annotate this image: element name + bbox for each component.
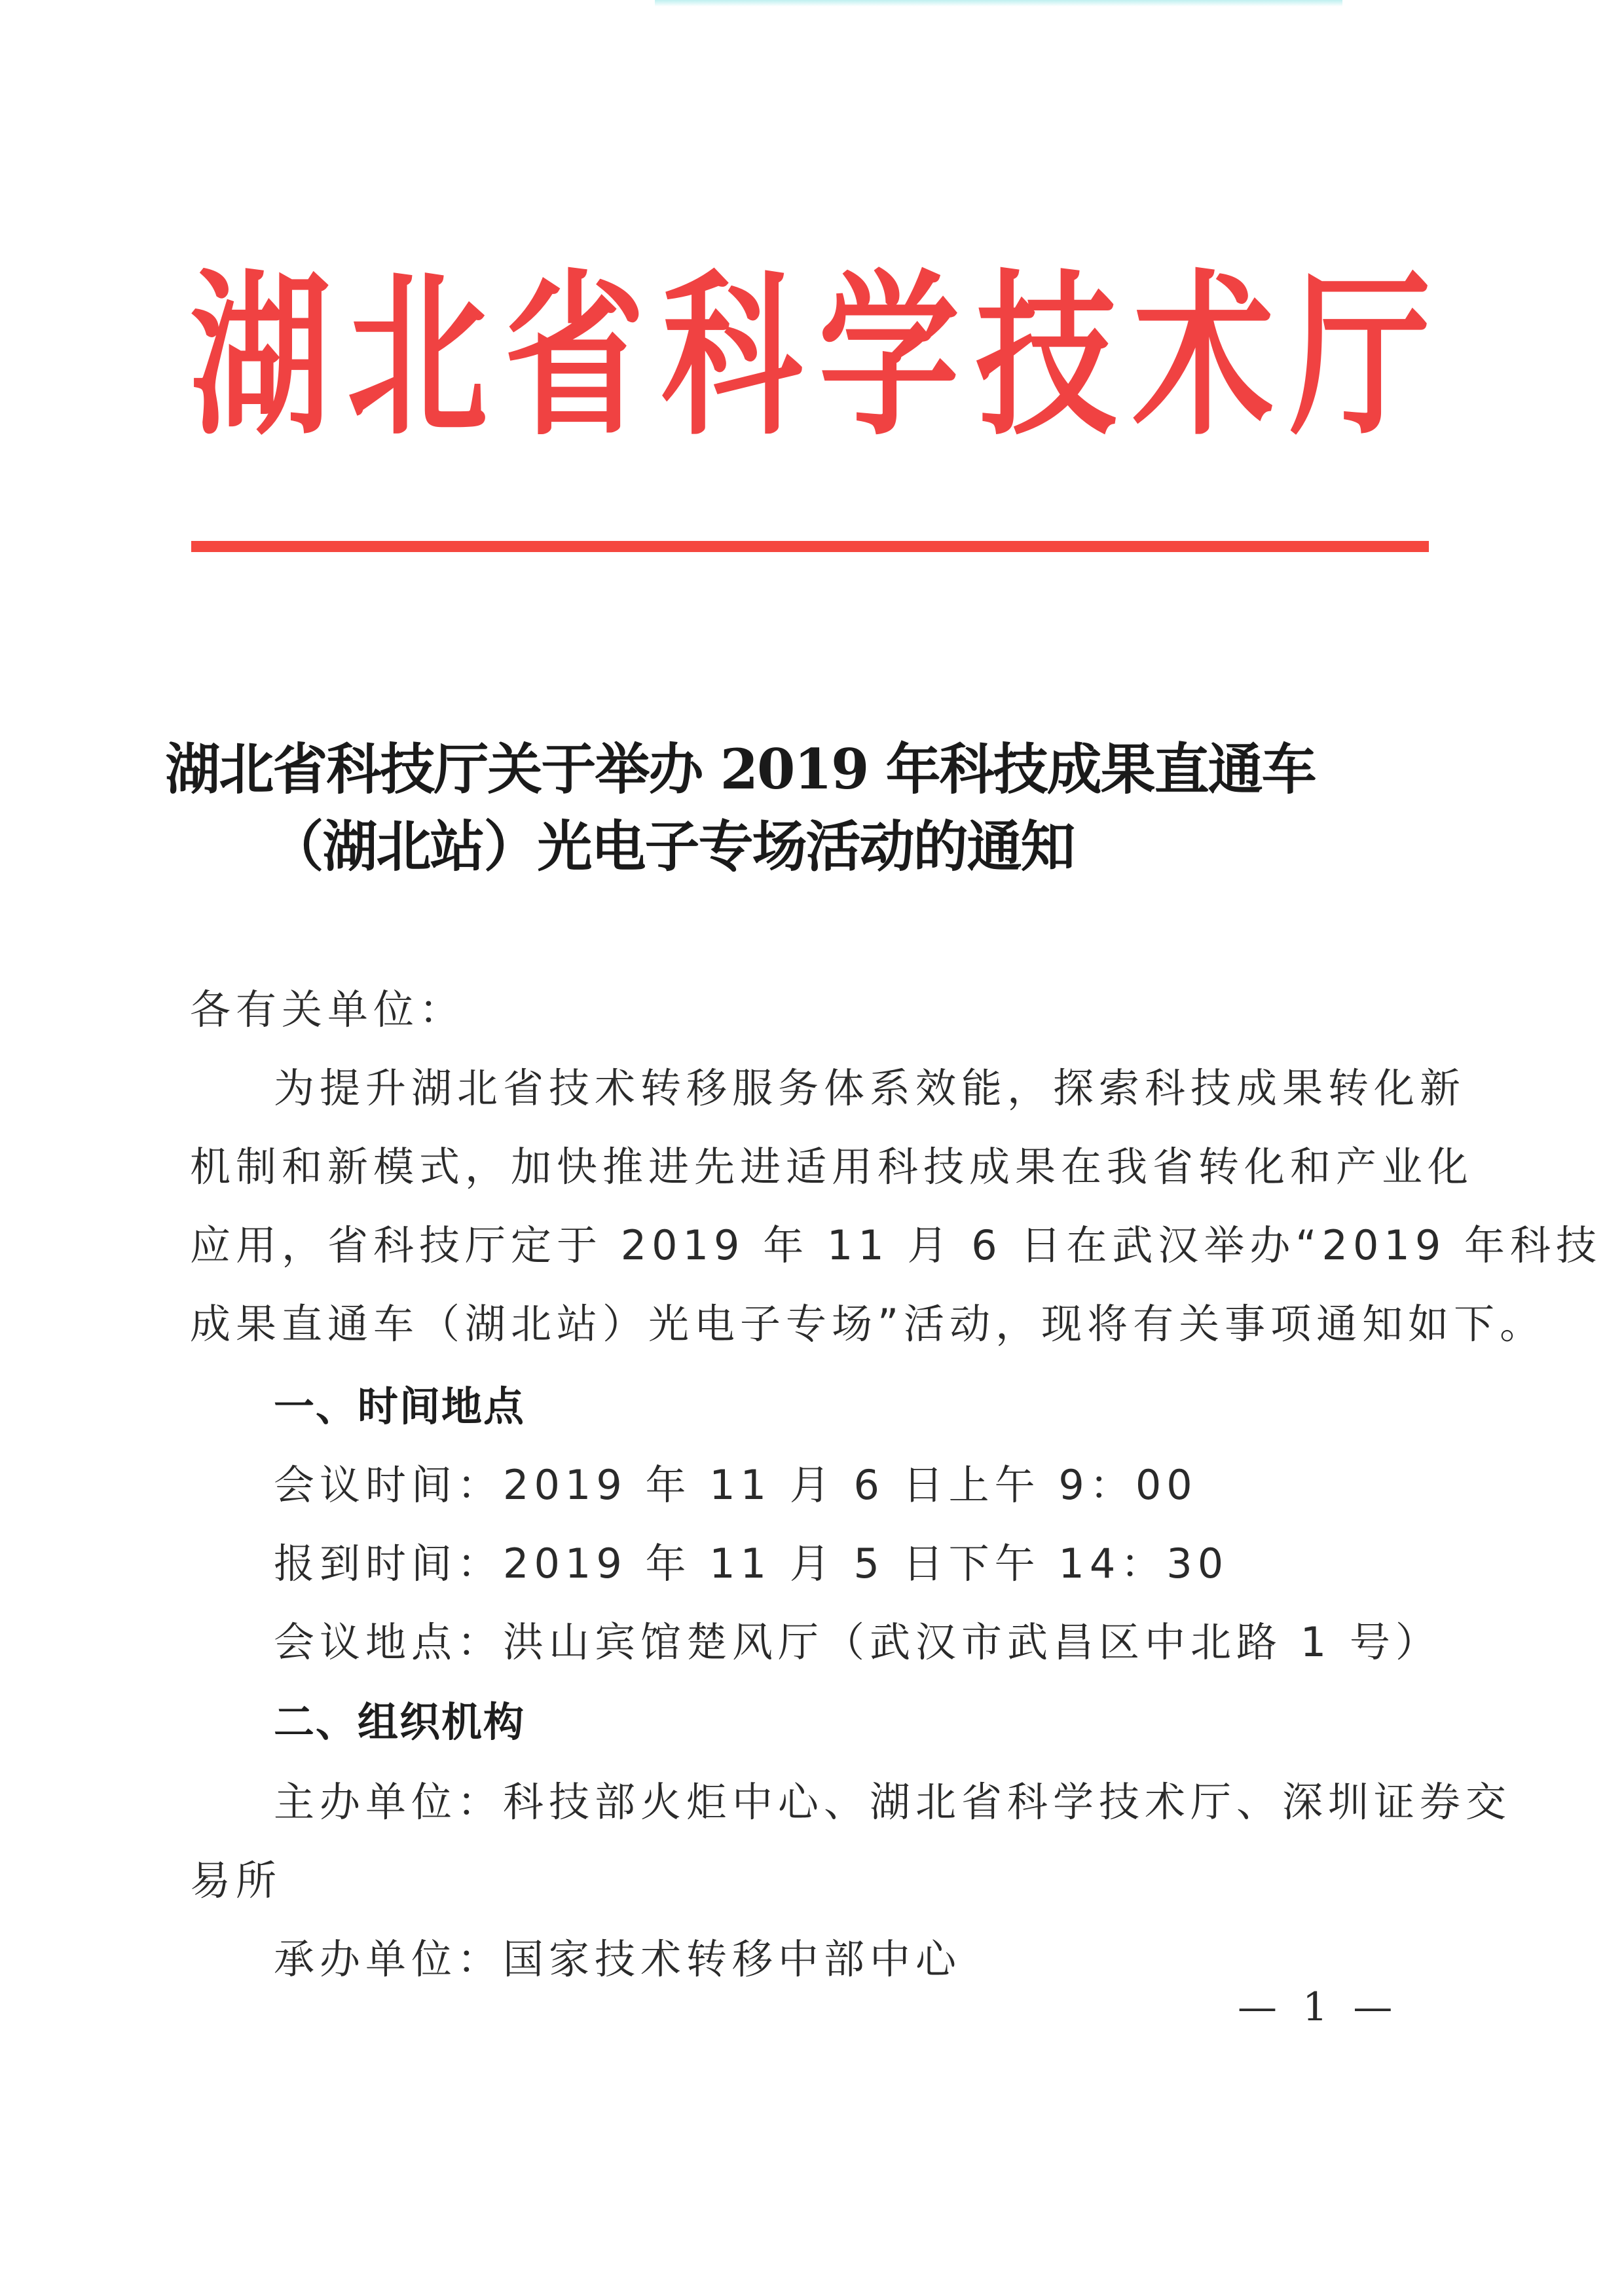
letterhead-char: 北 [347, 251, 488, 464]
letterhead-char: 省 [504, 251, 645, 464]
intro-line-4: 成果直通车（湖北站）光电子专场”活动，现将有关事项通知如下。 [190, 1301, 1545, 1348]
intro-line-2: 机制和新模式，加快推进先进适用科技成果在我省转化和产业化 [190, 1143, 1473, 1191]
document-title-line-2: （湖北站）光电子专场活动的通知 [0, 803, 1474, 882]
letterhead-char: 学 [819, 251, 959, 464]
scan-edge-tint [655, 0, 1342, 7]
salutation: 各有关单位： [190, 986, 465, 1033]
letterhead-char: 科 [661, 251, 802, 464]
section-heading-organizers: 二、组织机构 [274, 1699, 525, 1746]
organizer: 承办单位：国家技术转移中部中心 [274, 1936, 961, 1983]
meeting-location: 会议地点：洪山宾馆楚风厅（武汉市武昌区中北路 1 号） [274, 1619, 1441, 1666]
letterhead-char: 技 [976, 251, 1116, 464]
letterhead-red-rule [191, 541, 1429, 552]
page-number: — 1 — [1238, 1984, 1399, 2030]
letterhead-char: 术 [1133, 251, 1274, 464]
letterhead: 湖 北 省 科 学 技 术 厅 [190, 272, 1431, 442]
host-organizations-cont: 易所 [190, 1857, 282, 1904]
registration-time: 报到时间：2019 年 11 月 5 日下午 14：30 [274, 1540, 1228, 1587]
intro-line-3: 应用，省科技厅定于 2019 年 11 月 6 日在武汉举办“2019 年科技 [190, 1222, 1602, 1269]
letterhead-char: 厅 [1290, 251, 1431, 464]
section-heading-time-place: 一、时间地点 [274, 1383, 525, 1430]
letterhead-char: 湖 [190, 251, 331, 464]
host-organizations: 主办单位：科技部火炬中心、湖北省科学技术厅、深圳证券交 [274, 1779, 1511, 1826]
meeting-time: 会议时间：2019 年 11 月 6 日上午 9：00 [274, 1462, 1198, 1509]
intro-line-1: 为提升湖北省技术转移服务体系效能，探索科技成果转化新 [274, 1065, 1466, 1112]
document-title-line-1: 湖北省科技厅关于举办 2019 年科技成果直通车 [0, 726, 1543, 805]
